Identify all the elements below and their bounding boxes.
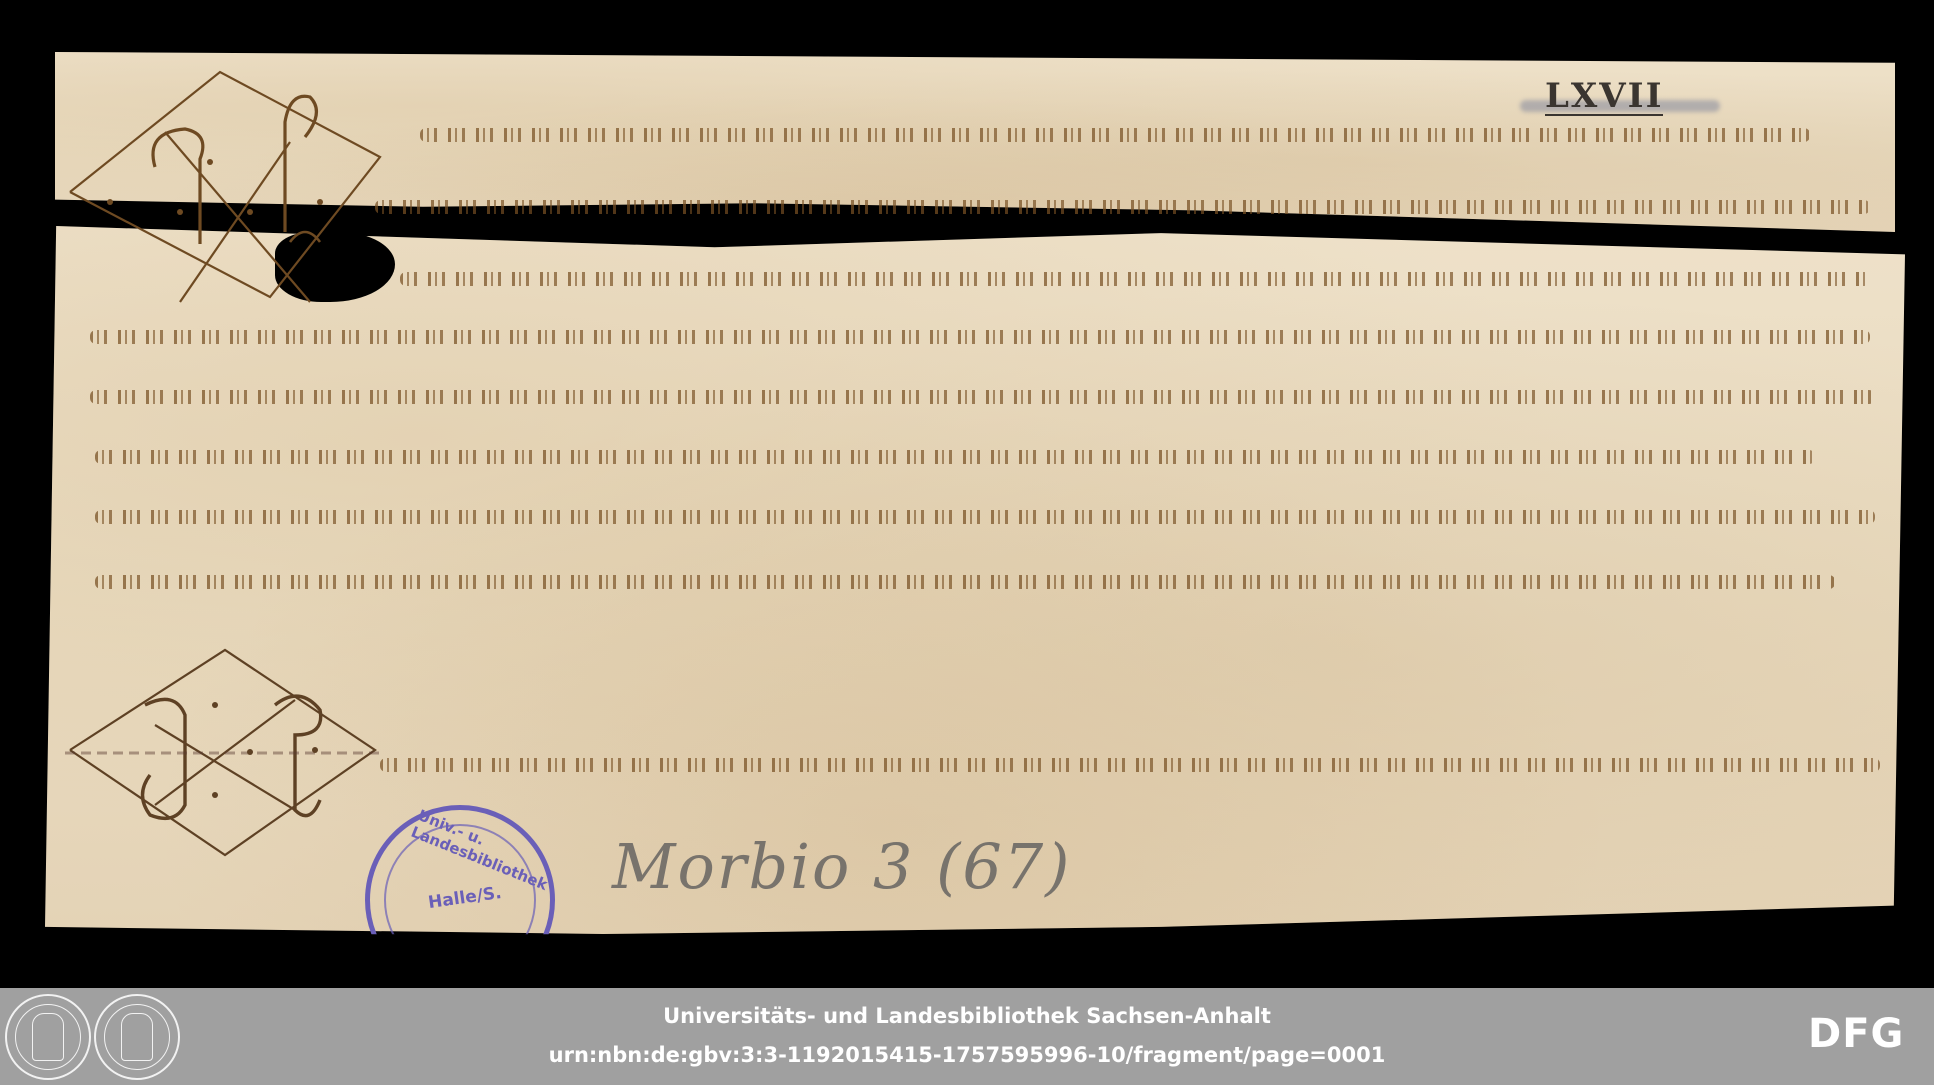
script-line (375, 200, 1870, 214)
script-line (400, 272, 1870, 286)
script-line (95, 575, 1835, 589)
roman-numeral: LXVII (1545, 78, 1663, 116)
notary-monogram-bottom-icon (65, 645, 385, 865)
library-stamp: Univ.- u. Landesbibliothek Halle/S. (365, 805, 555, 995)
urn-link[interactable]: urn:nbn:de:gbv:3:3-1192015415-1757595996… (0, 1043, 1934, 1067)
dfg-logo[interactable]: DFG (1808, 1014, 1904, 1054)
script-line (380, 758, 1880, 772)
script-line (95, 510, 1875, 524)
footer-center: Universitäts- und Landesbibliothek Sachs… (0, 988, 1934, 1085)
script-line (420, 128, 1810, 142)
script-line (90, 390, 1875, 404)
document-viewer: LXVII Univ.- u. Landesbibliothek Halle/S… (0, 0, 1934, 988)
script-line (95, 450, 1815, 464)
script-line (90, 330, 1870, 344)
notary-monogram-top-icon (60, 62, 390, 312)
institution-name: Universitäts- und Landesbibliothek Sachs… (0, 1004, 1934, 1028)
footer-bar: Universitäts- und Landesbibliothek Sachs… (0, 988, 1934, 1085)
pencil-shelfmark: Morbio 3 (67) (612, 830, 1071, 903)
